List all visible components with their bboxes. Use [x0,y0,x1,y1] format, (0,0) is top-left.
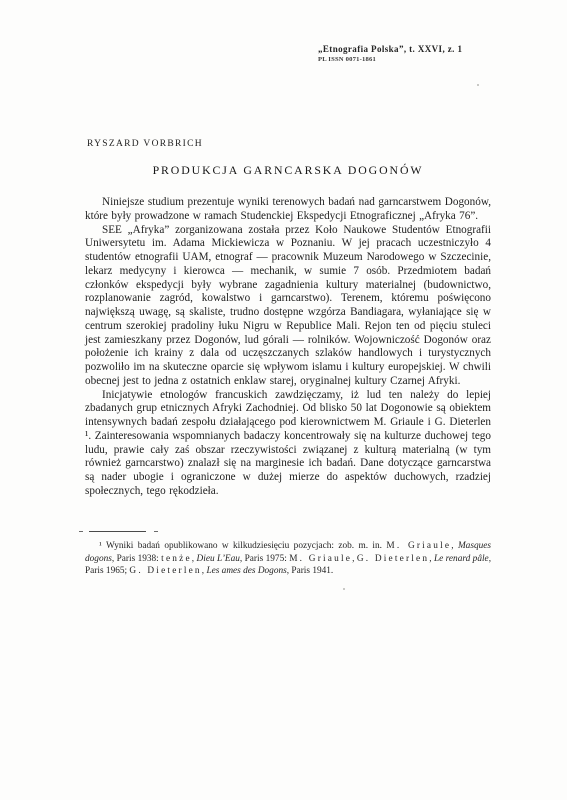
scan-speck [477,84,479,86]
scan-speck [343,588,345,590]
article-body: Niniejsze studium prezentuje wyniki tere… [85,196,491,499]
footnote-separator [89,531,146,532]
body-paragraph: SEE „Afryka” zorganizowana została przez… [85,224,491,389]
body-paragraph: Inicjatywie etnologów francuskich zawdzi… [85,389,491,499]
footnote-text: ¹ Wyniki badań opublikowano w kilkudzies… [85,540,491,578]
body-paragraph: Niniejsze studium prezentuje wyniki tere… [85,196,491,224]
journal-title-line: „Etnografia Polska”, t. XXVI, z. 1 [318,44,462,54]
issn-line: PL ISSN 0071-1861 [318,56,462,63]
document-page: „Etnografia Polska”, t. XXVI, z. 1 PL IS… [0,0,567,800]
journal-header: „Etnografia Polska”, t. XXVI, z. 1 PL IS… [318,44,462,63]
author-name: RYSZARD VORBRICH [87,139,203,149]
article-title: PRODUKCJA GARNCARSKA DOGONÓW [85,163,491,178]
